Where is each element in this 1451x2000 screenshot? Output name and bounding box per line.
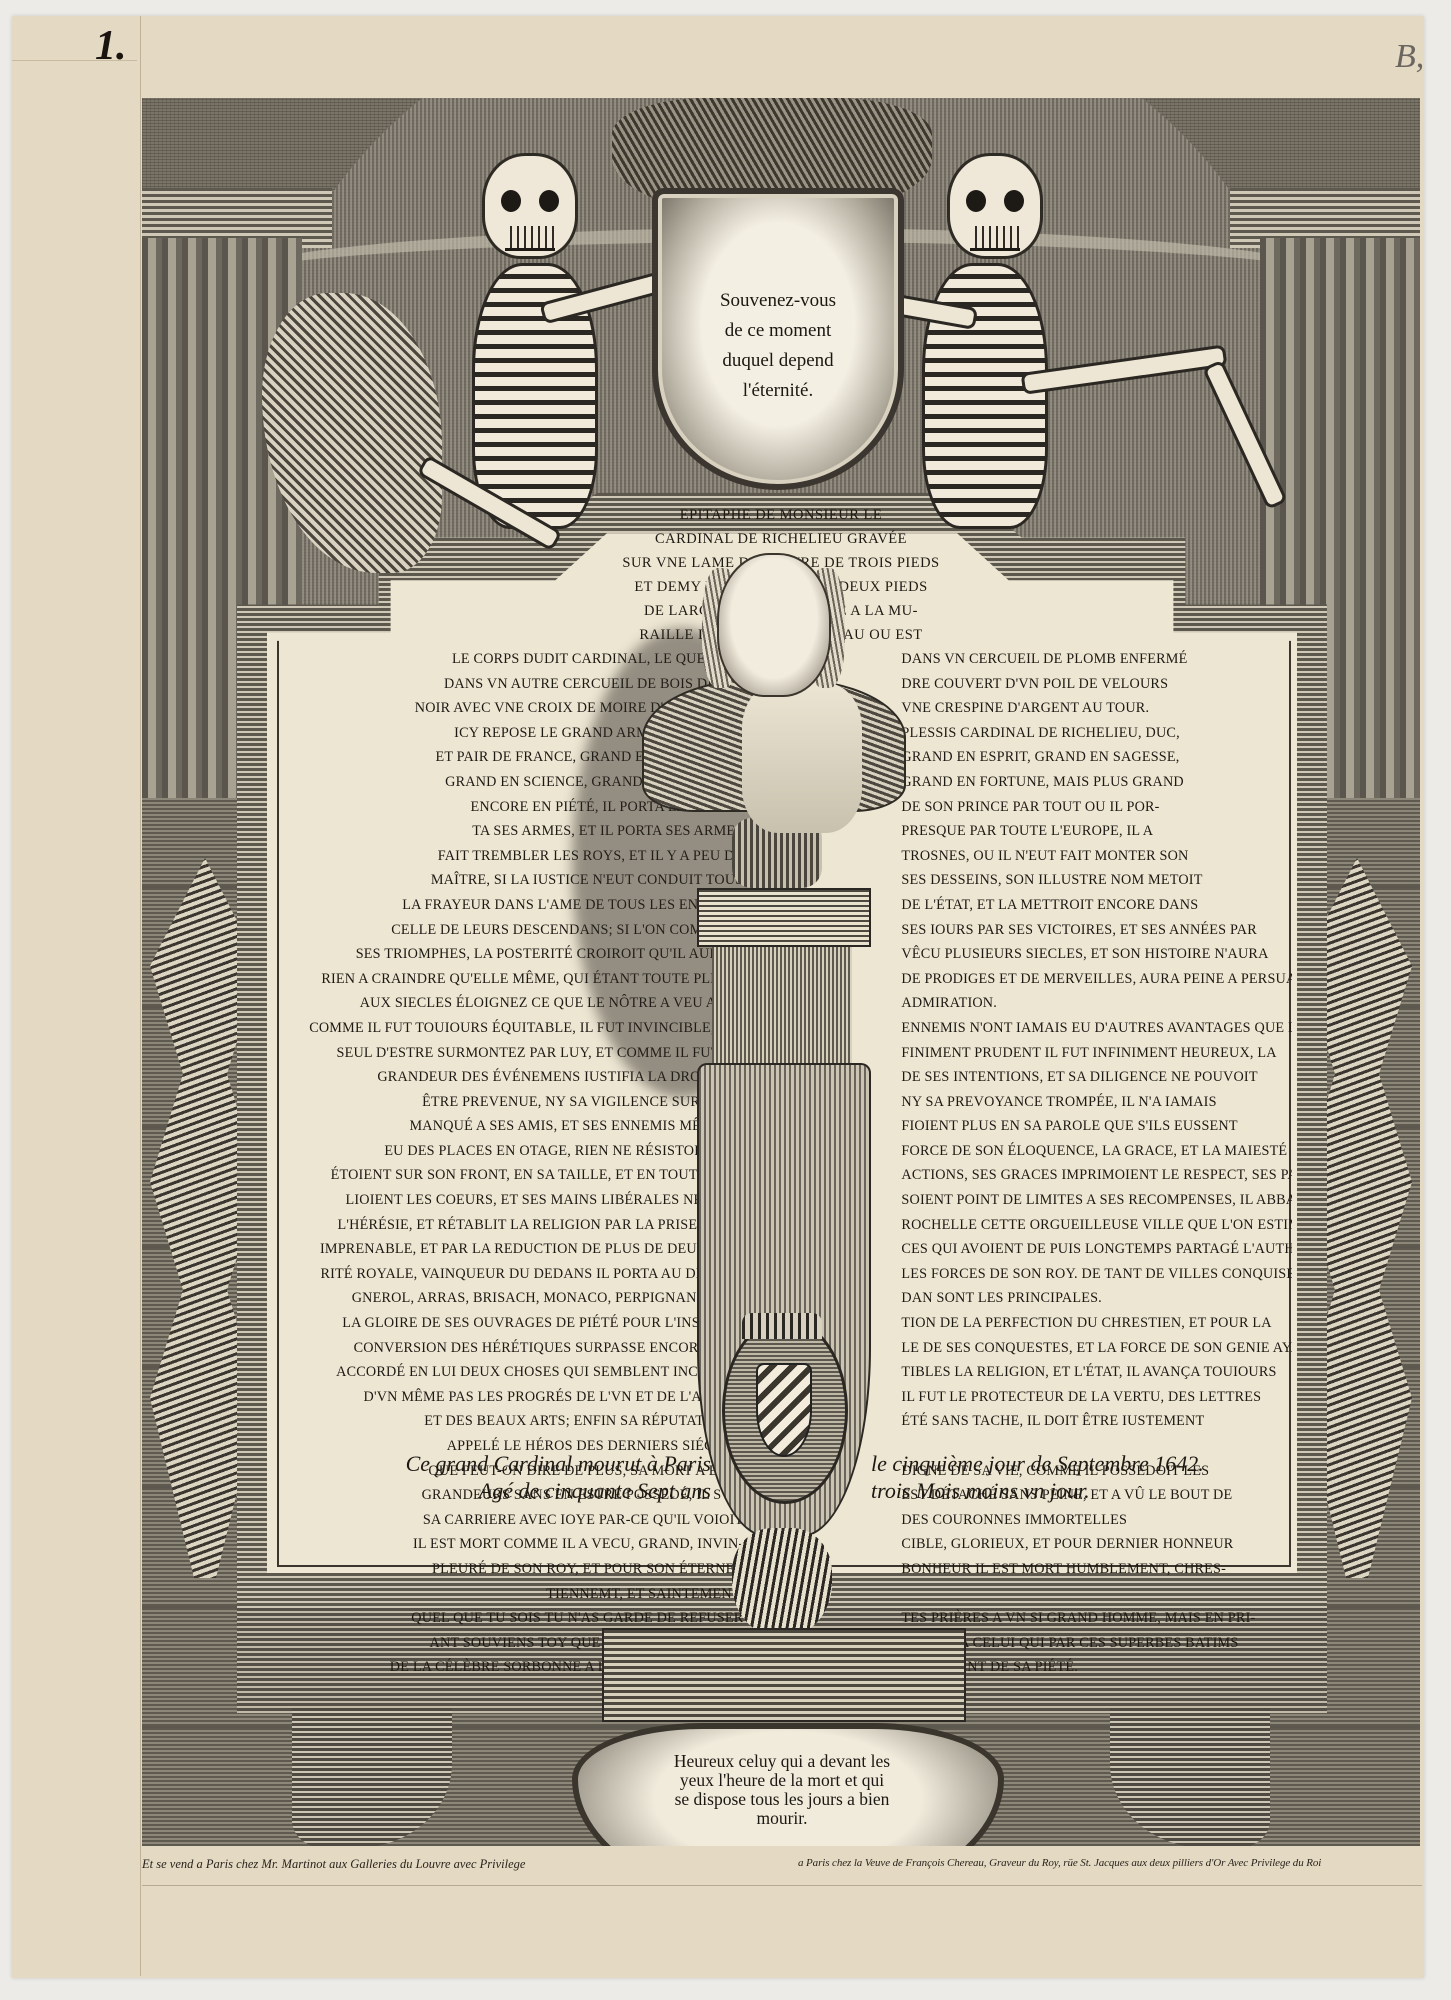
- death-note-right: le cinquième jour de Septembre 1642.: [731, 1450, 1292, 1477]
- motto-line: de ce moment: [658, 316, 898, 346]
- bottom-motto: Heureux celuy qui a devant les yeux l'he…: [572, 1752, 992, 1828]
- plate-mark-line: [142, 1885, 1422, 1886]
- pedestal-base: [602, 1628, 966, 1722]
- catalog-mark: B,: [1395, 38, 1424, 76]
- epitaph-line-left: LIOIENT LES COEURS, ET SES MAINS LIBÉRAL…: [272, 1188, 751, 1213]
- engraving-plate: Souvenez-vous de ce moment duquel depend…: [142, 98, 1420, 1846]
- epitaph-line-right: CIBLE, GLORIEUX, ET POUR DERNIER HONNEUR: [751, 1532, 1292, 1557]
- epitaph-line-left: IL EST MORT COMME IL A VECU, GRAND, INVI…: [272, 1532, 751, 1557]
- epitaph-line-left: TIENNEMT, ET SAINTEMENT.: [272, 1582, 751, 1607]
- epitaph-line-left: ÉTOIENT SUR SON FRONT, EN SA TAILLE, ET …: [272, 1163, 751, 1188]
- sheet-fold-line: [140, 16, 141, 1976]
- skull-left-icon: [482, 153, 578, 259]
- heading-line: EPITAPHE DE MONSIEUR LE: [142, 503, 1420, 527]
- memento-motto: Souvenez-vous de ce moment duquel depend…: [658, 286, 898, 406]
- bust-mozetta: [742, 683, 862, 833]
- inventory-number: 1.: [95, 22, 127, 70]
- motto-line: l'éternité.: [658, 376, 898, 406]
- epitaph-line-right: TROSNES, OU IL N'EUT FAIT MONTER SON: [751, 844, 1292, 869]
- motto-line: yeux l'heure de la mort et qui: [572, 1771, 992, 1790]
- death-note-left: Ce grand Cardinal mourut à Paris: [272, 1450, 731, 1477]
- pedestal-shaft: [712, 943, 852, 1063]
- epitaph-line-left: EU DES PLACES EN OTAGE, RIEN NE RÉSISTOI…: [272, 1139, 751, 1164]
- epitaph-line-right: [751, 1582, 1292, 1607]
- epitaph-line-left: CONVERSION DES HÉRÉTIQUES SURPASSE ENCOR…: [272, 1336, 751, 1361]
- epitaph-line-left: D'VN MÊME PAS LES PROGRÉS DE L'VN ET DE …: [272, 1385, 751, 1410]
- motto-line: mourir.: [572, 1809, 992, 1828]
- epitaph-line-left: RITÉ ROYALE, VAINQUEUR DU DEDANS IL PORT…: [272, 1262, 751, 1287]
- motto-line: Souvenez-vous: [658, 286, 898, 316]
- richelieu-chevron-shield-icon: [756, 1363, 812, 1457]
- epitaph-line-left: MANQUÉ A SES AMIS, ET SES ENNEMIS MÊME S…: [272, 1114, 751, 1139]
- leg-bone-right: [1020, 344, 1227, 394]
- motto-line: Heureux celuy qui a devant les: [572, 1752, 992, 1771]
- heading-line: CARDINAL DE RICHELIEU GRAVÉE: [142, 527, 1420, 551]
- death-note-line: Ce grand Cardinal mourut à Parisle cinqu…: [272, 1450, 1292, 1477]
- death-note-left: Agé de cinquante Sept ans: [272, 1477, 731, 1504]
- epitaph-line-left: LA GLOIRE DE SES OUVRAGES DE PIÉTÉ POUR …: [272, 1311, 751, 1336]
- death-note-right: trois Mois moins vn jour.: [731, 1477, 1292, 1504]
- epitaph-line-left: IMPRENABLE, ET PAR LA REDUCTION DE PLUS …: [272, 1237, 751, 1262]
- pedestal-capital: [697, 888, 871, 947]
- death-note-line: Agé de cinquante Sept anstrois Mois moin…: [272, 1477, 1292, 1504]
- motto-line: duquel depend: [658, 346, 898, 376]
- publisher-imprint-left: Et se vend a Paris chez Mr. Martinot aux…: [142, 1857, 525, 1872]
- epitaph-line-left: L'HÉRÉSIE, ET RÉTABLIT LA RELIGION PAR L…: [272, 1213, 751, 1238]
- acanthus-ornament: [732, 1528, 832, 1638]
- publisher-imprint-right: a Paris chez la Veuve de François Cherea…: [798, 1857, 1321, 1869]
- epitaph-line-left: ACCORDÉ EN LUI DEUX CHOSES QUI SEMBLENT …: [272, 1360, 751, 1385]
- skull-right-icon: [947, 153, 1043, 259]
- richelieu-bust-portrait: [717, 553, 831, 697]
- epitaph-line-left: SA CARRIERE AVEC IOYE PAR-CE QU'IL VOIOI…: [272, 1508, 751, 1533]
- death-date-inscription: Ce grand Cardinal mourut à Parisle cinqu…: [272, 1450, 1292, 1504]
- ducal-crown-icon: [742, 1313, 822, 1339]
- epitaph-line-left: GNEROL, ARRAS, BRISACH, MONACO, PERPIGNA…: [272, 1286, 751, 1311]
- epitaph-line-left: ET DES BEAUX ARTS; ENFIN SA RÉPUTATION A: [272, 1409, 751, 1434]
- memento-cartouche: Souvenez-vous de ce moment duquel depend…: [652, 188, 904, 490]
- epitaph-line-right: BONHEUR IL EST MORT HUMBLEMENT, CHRES-: [751, 1557, 1292, 1582]
- epitaph-line-left: PLEURÉ DE SON ROY, ET POUR SON ÉTERNEL: [272, 1557, 751, 1582]
- shin-bone-right: [1202, 359, 1288, 510]
- motto-line: se dispose tous les jours a bien: [572, 1790, 992, 1809]
